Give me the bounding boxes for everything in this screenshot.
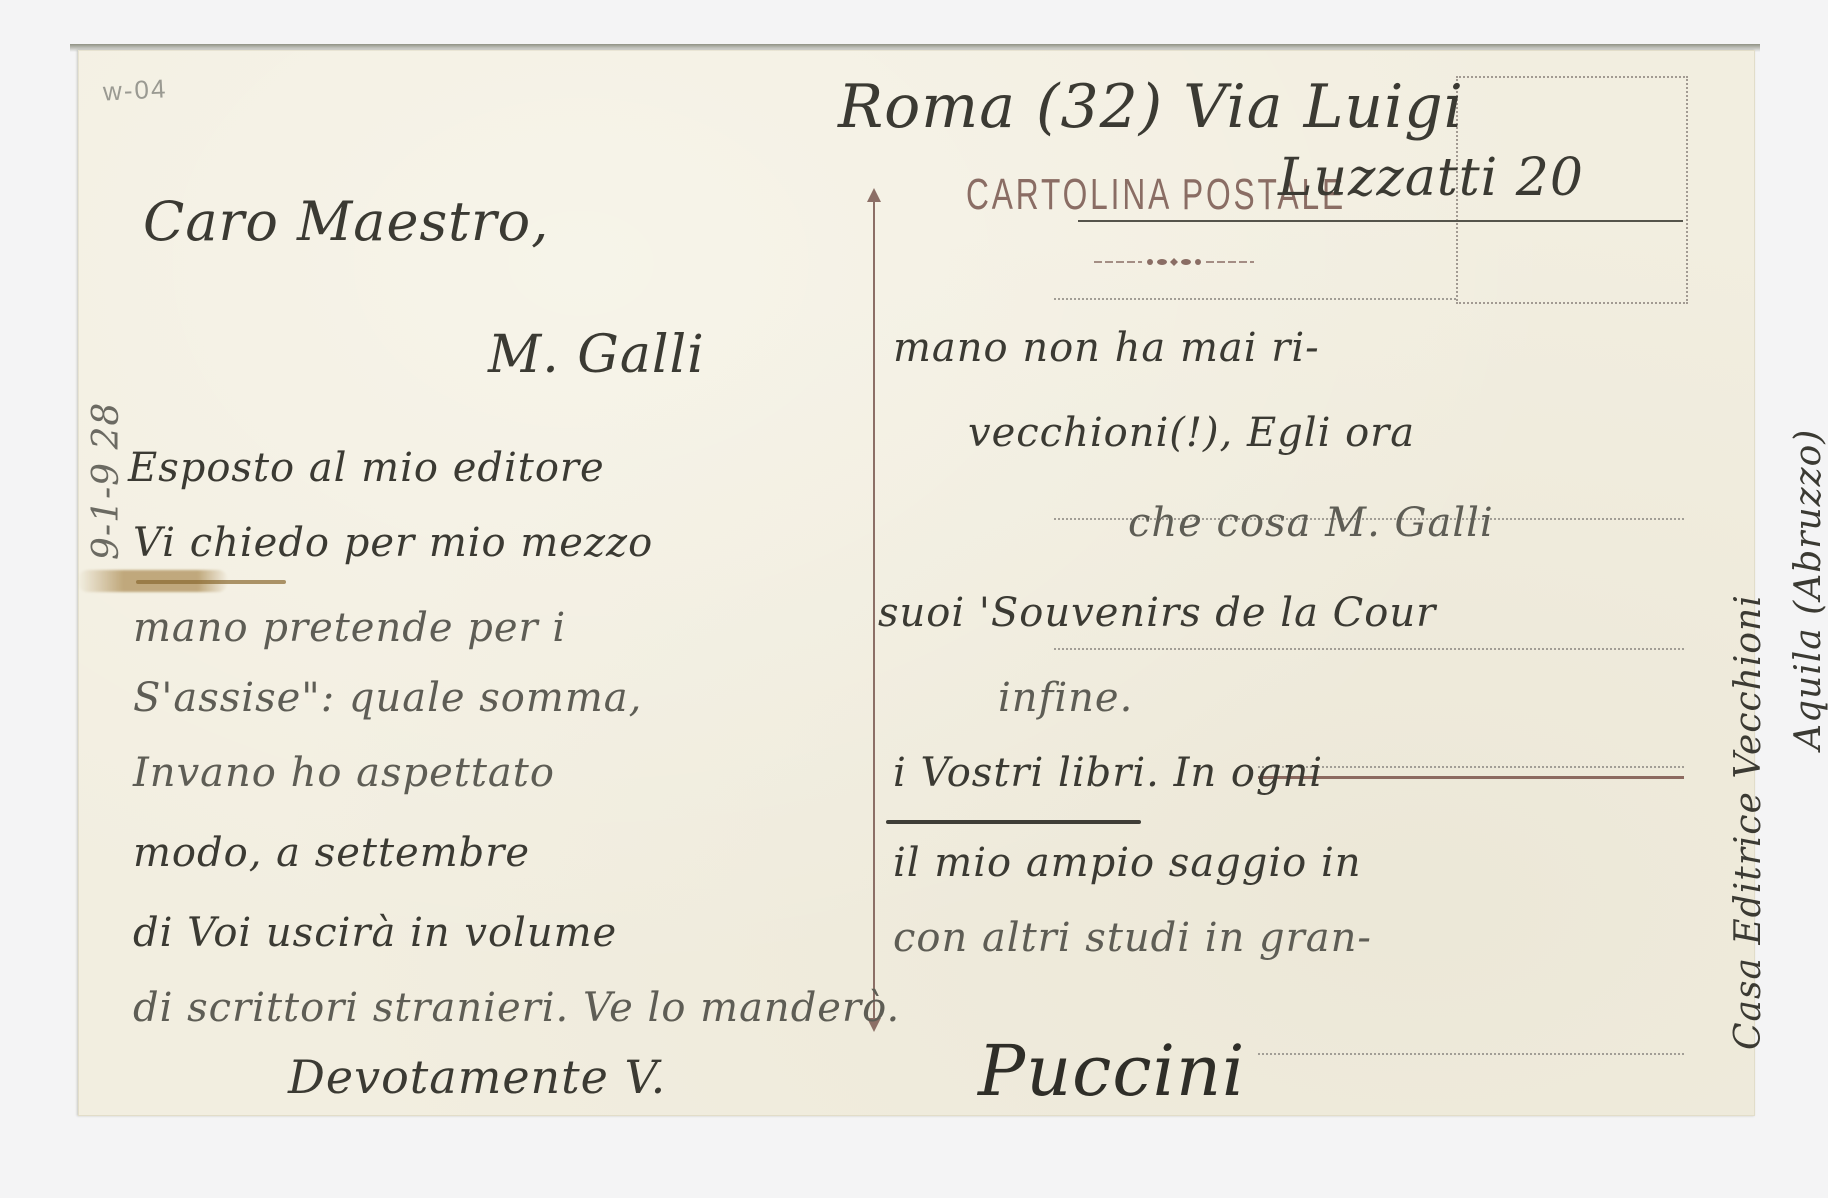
address-underline bbox=[1078, 220, 1683, 222]
address-line-1 bbox=[1054, 298, 1456, 300]
message-line: i Vostri libri. In ogni bbox=[893, 750, 1323, 796]
message-line: il mio ampio saggio in bbox=[893, 840, 1362, 886]
margin-note-publisher: Casa Editrice Vecchioni bbox=[1728, 594, 1769, 1050]
archive-number: w-04 bbox=[102, 73, 168, 107]
message-line: Vi chiedo per mio mezzo bbox=[133, 520, 653, 566]
margin-date: 9-1-9 28 bbox=[86, 402, 127, 560]
message-line: mano pretende per i bbox=[133, 605, 566, 651]
message-line: modo, a settembre bbox=[133, 830, 530, 876]
message-line: di Voi uscirà in volume bbox=[133, 910, 617, 956]
message-line: suoi 'Souvenirs de la Cour bbox=[878, 590, 1436, 636]
message-line: mano non ha mai ri- bbox=[893, 325, 1320, 371]
address-line-1-text: Roma (32) Via Luigi bbox=[838, 72, 1464, 142]
vertical-divider bbox=[873, 195, 875, 1025]
message-line: di scrittori stranieri. Ve lo manderò. bbox=[133, 985, 900, 1031]
message-line: M. Galli bbox=[488, 325, 705, 385]
message-line: con altri studi in gran- bbox=[893, 915, 1372, 961]
margin-note-location: Aquila (Abruzzo) bbox=[1788, 429, 1828, 750]
message-line: che cosa M. Galli bbox=[1128, 500, 1494, 546]
postcard: w-04 CARTOLINA POSTALE Roma (32) Via Lui… bbox=[78, 50, 1755, 1116]
address-line-3 bbox=[1054, 648, 1684, 650]
address-line-2-text: Luzzatti 20 bbox=[1278, 148, 1584, 208]
message-line: S'assise": quale somma, bbox=[133, 675, 642, 721]
message-line: Invano ho aspettato bbox=[133, 750, 555, 796]
message-line: infine. bbox=[998, 675, 1133, 721]
underline-vostri-libri bbox=[886, 820, 1141, 824]
ornament-divider-icon bbox=[1094, 257, 1254, 267]
signature: Puccini bbox=[978, 1030, 1245, 1112]
address-line-5 bbox=[1258, 1053, 1684, 1055]
salutation: Caro Maestro, bbox=[143, 190, 549, 253]
underline-stain bbox=[136, 580, 286, 584]
closing: Devotamente V. bbox=[288, 1050, 666, 1104]
message-line: Esposto al mio editore bbox=[128, 445, 605, 491]
message-line: vecchioni(!), Egli ora bbox=[968, 410, 1415, 456]
